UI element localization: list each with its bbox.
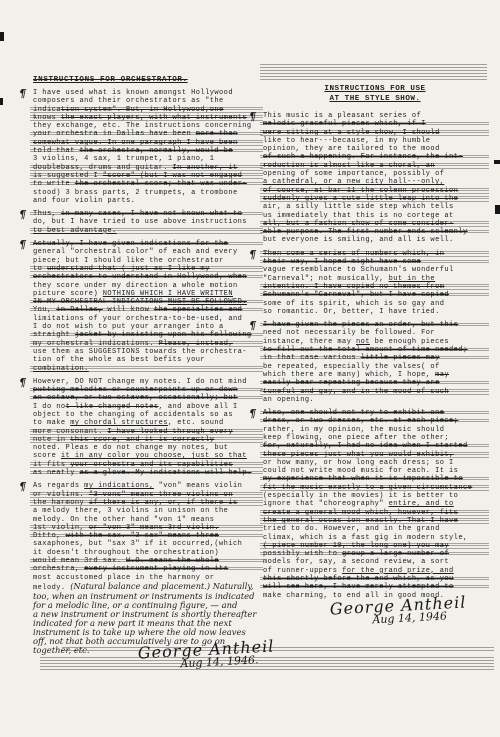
text-segment: and four violin parts. bbox=[33, 197, 135, 205]
text-segment: ignore that "choreography" bbox=[263, 500, 389, 508]
text-segment: your orchestra in Dallas have been bbox=[33, 130, 196, 138]
text-segment: more than bbox=[196, 130, 238, 138]
text-segment: W.O. means the whole bbox=[126, 557, 219, 565]
text-segment: in that case various bbox=[263, 354, 361, 362]
text-line: they score under my direction a whole mo… bbox=[33, 282, 261, 290]
text-line: or violins. "3 vons" means three violins… bbox=[33, 491, 261, 499]
text-segment: note in bbox=[33, 436, 70, 444]
text-line: This music is a pleasant series of bbox=[263, 112, 487, 120]
text-segment: group a large number of bbox=[342, 550, 449, 558]
text-segment: putting melodies or counterpoints up or … bbox=[33, 386, 238, 394]
text-line: or how many, or how long each dress; so … bbox=[263, 459, 487, 467]
text-segment: , etc. sound bbox=[168, 419, 224, 427]
text-segment: understand that ( just as I like my bbox=[47, 265, 210, 273]
paragraph: ¶Also, one should not try to exhibit one… bbox=[263, 409, 487, 600]
text-segment: the harmony bbox=[33, 499, 89, 507]
text-line: were sitting at a style show, I should bbox=[263, 129, 487, 137]
text-line: your orchestra in Dallas have been more … bbox=[33, 130, 261, 138]
text-segment: intention. I have copied no themes from bbox=[263, 283, 444, 291]
text-line: so romantic. Or, better, I have tried. bbox=[263, 308, 487, 316]
text-segment: the exact players, with what instruments bbox=[61, 114, 247, 122]
text-segment: tried to do. However, and in the grand bbox=[263, 525, 440, 533]
text-segment: little pieces may bbox=[361, 354, 440, 362]
text-segment: in many cases, I have not known what to bbox=[61, 210, 242, 218]
text-line: Thus, in many cases, I have not known wh… bbox=[33, 210, 261, 218]
text-line: "Carneval"; not musically, but in the bbox=[263, 275, 487, 283]
text-segment: my experience that when it is impossible… bbox=[263, 475, 463, 483]
scan-artifact bbox=[495, 205, 500, 214]
text-segment: I do no bbox=[33, 403, 66, 411]
text-line: instance, there may not be enough pieces bbox=[263, 338, 487, 346]
text-segment: some of its spirit, which is so gay and bbox=[263, 300, 444, 308]
text-line: models for, say, a second review, a sort bbox=[263, 558, 487, 566]
text-line: 3 violins, 4 sax, 1 trumpet, 1 piano, 1 bbox=[33, 155, 261, 163]
text-segment: be enough pieces bbox=[370, 338, 449, 346]
text-segment: the orchestra, normally, would be bbox=[80, 147, 233, 155]
text-line: opening of some importance, possibly of bbox=[263, 170, 487, 178]
text-line: general "orchestral color" of each and e… bbox=[33, 248, 261, 256]
text-line: fit the music exactly to a given circums… bbox=[263, 484, 487, 492]
text-line: IN MY ORCHESTRAL INDICATIONS MUST BE FOL… bbox=[33, 298, 261, 306]
text-line: 1st violin, or "von 3" means 3rd violin. bbox=[33, 524, 261, 532]
text-line: Also, one should not try to exhibit one bbox=[263, 409, 487, 417]
text-segment: to make bbox=[33, 419, 70, 427]
text-segment: indica bbox=[33, 106, 61, 114]
strikeout-rule-band bbox=[260, 64, 487, 81]
text-segment: or "von 3" means 3rd violin. bbox=[89, 524, 219, 532]
text-segment: it doesn't throughout the orchestration) bbox=[33, 549, 219, 557]
left-column-paragraphs: ¶I have used what is known amongst Holly… bbox=[33, 89, 261, 655]
text-segment: straight bbox=[33, 331, 75, 339]
text-segment: create a general mood which, however, fi… bbox=[263, 509, 458, 517]
text-line: of runner-uppers for the grand prize, an… bbox=[263, 567, 487, 575]
text-line: be repeated, especially the valses( of bbox=[263, 363, 487, 371]
text-segment: suddenly gives a cute little leap into t… bbox=[263, 195, 458, 203]
text-line: somewhat vague. In one paragraph I have … bbox=[33, 139, 261, 147]
text-segment: saxaphones, but "sax 3" if it occurred,(… bbox=[33, 540, 242, 548]
paragraph: ¶I have given the pieces an order, but t… bbox=[263, 321, 487, 404]
scan-artifact bbox=[494, 160, 500, 164]
text-segment: combination. bbox=[33, 365, 89, 373]
text-line: melodic graceful pieces which, if I bbox=[263, 120, 487, 128]
text-line: I do not wish to put your arranger into … bbox=[33, 323, 261, 331]
text-segment: more consonant. bbox=[33, 428, 107, 436]
text-segment: it in any color you choose, just so that bbox=[61, 452, 247, 460]
text-line: a melody there, 3 violins in unison on t… bbox=[33, 507, 261, 515]
paragraph-mark-icon: ¶ bbox=[19, 238, 26, 251]
text-line: use them as SUGGESTIONS towards the orch… bbox=[33, 348, 261, 356]
text-segment: may bbox=[435, 371, 449, 379]
right-column-heading: INSTRUCTIONS FOR USE AT THE STYLE SHOW. bbox=[263, 85, 487, 104]
text-line: in that case various little pieces may bbox=[263, 354, 487, 362]
text-line: to fill out the total amount of time nee… bbox=[263, 346, 487, 354]
text-line: Actually, I have given indications for t… bbox=[33, 240, 261, 248]
paragraph-mark-icon: ¶ bbox=[19, 87, 26, 100]
text-segment: need not necessarily be followed. For bbox=[263, 329, 435, 337]
text-segment: Actually, I have given indications for t… bbox=[33, 240, 228, 248]
text-segment: the general occas ion exactly. That I ha… bbox=[263, 517, 458, 525]
text-segment: opening of some importance, possibly of bbox=[263, 170, 444, 178]
text-segment: fit the music exactly to a given circums… bbox=[263, 484, 472, 492]
right-heading-line-1: INSTRUCTIONS FOR USE bbox=[324, 85, 425, 93]
text-segment: 3 violins, 4 sax, 1 trumpet, 1 piano, 1 bbox=[33, 155, 214, 163]
text-segment: the specialties and bbox=[154, 306, 242, 314]
text-segment: "Carneval"; not musically, bbox=[263, 275, 389, 283]
text-segment: You, bbox=[33, 306, 56, 314]
text-segment: MUST BE FOLLOWED. bbox=[168, 298, 247, 306]
text-segment: an octave, or two octaves, occasionally;… bbox=[33, 394, 238, 402]
text-line: these pieces just what you would exhibit… bbox=[263, 451, 487, 459]
text-segment: would mean 3rd sax. bbox=[33, 557, 126, 565]
text-line: knows the exact players, with what instr… bbox=[33, 114, 261, 122]
paragraph: ¶Actually, I have given indications for … bbox=[33, 240, 261, 373]
text-line: indication system". But, in Hollywood,on… bbox=[33, 106, 261, 114]
text-line: However, DO NOT change my notes. I do no… bbox=[33, 378, 261, 386]
text-segment: this shortly before the end which, as yo… bbox=[263, 575, 454, 583]
text-segment: picture score) bbox=[33, 290, 103, 298]
text-line: do, but I have tried to use above instru… bbox=[33, 218, 261, 226]
text-line: which there are many) which, I hope, may bbox=[263, 371, 487, 379]
text-line: limitations of your orchestra-to-be-used… bbox=[33, 315, 261, 323]
text-line: You, in Dallas, will know the specialtie… bbox=[33, 306, 261, 314]
text-segment: this score, and it is correctly bbox=[70, 436, 214, 444]
text-line: able purpose. The first number ends sole… bbox=[263, 228, 487, 236]
text-segment: of course, at bar 11 the solemn processi… bbox=[263, 187, 458, 195]
text-line: will see here, I have merely attempted t… bbox=[263, 583, 487, 591]
text-line: stood) 3 brass parts, 2 trumpets, a trom… bbox=[33, 189, 261, 197]
text-line: an opening. bbox=[263, 396, 487, 404]
text-segment: like to hear---because, in my humble bbox=[263, 137, 430, 145]
text-segment: entire, and to bbox=[389, 500, 454, 508]
text-line: need not necessarily be followed. For bbox=[263, 329, 487, 337]
text-segment: "score" (but I was not engaged bbox=[103, 172, 243, 180]
text-segment: every instrument playing in its bbox=[84, 565, 228, 573]
text-segment: as a glove. My indications will help. bbox=[80, 469, 252, 477]
text-segment: to write bbox=[33, 180, 75, 188]
text-segment: to bbox=[33, 265, 47, 273]
text-segment: or violins. bbox=[33, 491, 89, 499]
text-line: create a general mood which, however, fi… bbox=[263, 509, 487, 517]
text-segment: composers and their orchestrators as "th… bbox=[33, 97, 224, 105]
text-segment: opinion, they are tailored to the mood bbox=[263, 145, 440, 153]
text-segment: In another, it bbox=[173, 164, 238, 172]
text-segment: my orchestral indications. bbox=[33, 340, 159, 348]
text-segment: doublebass, drums and guitar. bbox=[33, 164, 173, 172]
text-line: opinion, they are tailored to the mood bbox=[263, 145, 487, 153]
text-segment: This music is a pleasant series of bbox=[263, 112, 421, 120]
text-line: like to hear---because, in my humble bbox=[263, 137, 487, 145]
text-segment: for, naturally, I had no idea when I sta… bbox=[263, 442, 468, 450]
scanned-document-page: INSTRUCTIONS FOR ORCHESTRATOR. ¶I have u… bbox=[0, 0, 500, 737]
right-column-paragraphs: ¶This music is a pleasant series ofmelod… bbox=[263, 112, 487, 600]
text-line: more consonant. I have looked through ev… bbox=[33, 428, 261, 436]
text-segment: air, a silly little side step which tell… bbox=[263, 203, 454, 211]
text-segment: Please, instead, bbox=[159, 340, 233, 348]
text-line: us immediately that this is no cortege a… bbox=[263, 212, 487, 220]
text-segment: 1st violin, bbox=[33, 524, 89, 532]
text-line: saxaphones, but "sax 3" if it occurred,(… bbox=[33, 540, 261, 548]
text-segment: the orchestral score; that was under- bbox=[75, 180, 247, 188]
text-segment: to fill out the total amount of time nee… bbox=[263, 346, 468, 354]
text-segment: not bbox=[356, 338, 370, 346]
text-segment: Thus, bbox=[33, 210, 61, 218]
text-segment: noted. Pleas e do not change my notes, b… bbox=[33, 444, 228, 452]
text-line: picture score) NOTHING WHICH I HAVE WRIT… bbox=[33, 290, 261, 298]
text-line: keep flowing, one piece after the other; bbox=[263, 434, 487, 442]
text-segment: limitations of your orchestra-to-be-used… bbox=[33, 315, 242, 323]
text-segment: somewhat vague. In one paragraph I have … bbox=[33, 139, 238, 147]
text-segment: IN MY ORCHESTRAL INDICATIONS bbox=[33, 298, 168, 306]
text-line: object to the changing of accidentals so… bbox=[33, 411, 261, 419]
signature-left: George Antheil Aug 14, 1946. bbox=[137, 636, 275, 672]
text-line: climax, which is a fast gig in modern st… bbox=[263, 534, 487, 542]
text-segment: I do not wish to put your arranger into … bbox=[33, 323, 224, 331]
text-line: all, but a fashion show of some consider… bbox=[263, 220, 487, 228]
text-line: for, naturally, I had no idea when I sta… bbox=[263, 442, 487, 450]
text-line: this shortly before the end which, as yo… bbox=[263, 575, 487, 583]
text-segment: However, DO NOT change my notes. I do no… bbox=[33, 378, 247, 386]
text-segment: of runner-uppers bbox=[263, 567, 342, 575]
text-segment: melodic graceful pieces which, if I bbox=[263, 120, 426, 128]
text-line: is suggested I "score" (but I was not en… bbox=[33, 172, 261, 180]
text-segment: orchestra, bbox=[33, 565, 84, 573]
text-line: suddenly gives a cute little leap into t… bbox=[263, 195, 487, 203]
text-segment: so romantic. Or, better, I have tried. bbox=[263, 308, 440, 316]
text-segment: do, but I have tried to use above instru… bbox=[33, 218, 247, 226]
text-line: ( piece number 10, the long one) you may bbox=[263, 542, 487, 550]
text-line: a cathedral, or a new city hall---only, bbox=[263, 178, 487, 186]
text-segment: tuneful and gay, and in the mood of such bbox=[263, 388, 449, 396]
text-line: composers and their orchestrators as "th… bbox=[33, 97, 261, 105]
text-segment: models for, say, a second review, a sort bbox=[263, 558, 449, 566]
text-line: I have used what is known amongst Hollyw… bbox=[33, 89, 261, 97]
text-line: they exchange, etc. The instructions con… bbox=[33, 122, 261, 130]
text-segment: all, but a fashion show of some consider… bbox=[263, 220, 454, 228]
text-segment: us immediately that this is no cortege a… bbox=[263, 212, 454, 220]
text-segment: these pieces just what you would exhibit… bbox=[263, 451, 454, 459]
text-line: straight jacket by insisting upon his fo… bbox=[33, 331, 261, 339]
text-line: orchestrators to understand in Hollywood… bbox=[33, 273, 261, 281]
text-line: (especially in the movies) it is better … bbox=[263, 492, 487, 500]
text-segment: t like changed notes bbox=[66, 403, 159, 411]
paragraph-mark-icon: ¶ bbox=[249, 248, 256, 261]
text-segment: orchestrators to understand in Hollywood… bbox=[33, 273, 247, 281]
text-segment: Ditto, bbox=[33, 532, 66, 540]
text-line: As regards my indications, "von" means v… bbox=[33, 482, 261, 490]
text-segment: will see here, I have merely attempted t… bbox=[263, 583, 454, 591]
text-line: noted. Pleas e do not change my notes, b… bbox=[33, 444, 261, 452]
text-line: roduction is almost like a choral, an bbox=[263, 162, 487, 170]
text-segment: my indications, bbox=[84, 482, 154, 490]
text-line: air, a silly little side step which tell… bbox=[263, 203, 487, 211]
text-line: piece; but I should like the orchestrato… bbox=[33, 257, 261, 265]
paragraph-mark-icon: ¶ bbox=[249, 407, 256, 420]
text-line: note in this score, and it is correctly bbox=[33, 436, 261, 444]
text-line: intention. I have copied no themes from bbox=[263, 283, 487, 291]
left-column: INSTRUCTIONS FOR ORCHESTRATOR. ¶I have u… bbox=[33, 68, 261, 660]
text-line: Ditto, with the sax. "3 sax" means three bbox=[33, 532, 261, 540]
text-segment: I have looked through every bbox=[107, 428, 233, 436]
text-segment: dress, or two dresses, etc. at each piec… bbox=[263, 417, 458, 425]
text-segment: (especially in the movies) it is better … bbox=[263, 492, 458, 500]
text-line: would mean 3rd sax. W.O. means the whole bbox=[33, 557, 261, 565]
text-line: as neatly as a glove. My indications wil… bbox=[33, 469, 261, 477]
paragraph: ¶I have used what is known amongst Holly… bbox=[33, 89, 261, 205]
text-line: told that the orchestra, normally, would… bbox=[33, 147, 261, 155]
text-line: tried to do. However, and in the grand bbox=[263, 525, 487, 533]
text-segment: a melody there, 3 violins in unison on t… bbox=[33, 507, 228, 515]
text-line: vague resemblance to Schumann's wonderfu… bbox=[263, 266, 487, 274]
text-segment: knows bbox=[33, 114, 61, 122]
text-line: doublebass, drums and guitar. In another… bbox=[33, 164, 261, 172]
scan-artifact bbox=[0, 32, 4, 41]
text-line: score it in any color you choose, just s… bbox=[33, 452, 261, 460]
text-segment: were sitting at a style show, I should bbox=[263, 129, 440, 137]
text-segment: will know bbox=[103, 306, 154, 314]
text-line: an octave, or two octaves, occasionally;… bbox=[33, 394, 261, 402]
text-segment: I have used what is known amongst Hollyw… bbox=[33, 89, 233, 97]
text-line: some of its spirit, which is so gay and bbox=[263, 300, 487, 308]
signature-right: George Antheil Aug 14, 1946 bbox=[329, 592, 467, 628]
text-segment: general "orchestral color" of each and e… bbox=[33, 248, 238, 256]
right-column: INSTRUCTIONS FOR USE AT THE STYLE SHOW. … bbox=[263, 40, 487, 605]
text-segment: Also, one should not try to exhibit one bbox=[263, 409, 444, 417]
text-segment: (Natural balance and placement.) Natural… bbox=[70, 581, 253, 591]
text-segment: but everyone is smiling, and all is well… bbox=[263, 236, 454, 244]
text-line: it fits your orchestra and its capabilit… bbox=[33, 461, 261, 469]
right-heading-line-2: AT THE STYLE SHOW. bbox=[329, 95, 420, 103]
text-segment: could not write mood music for each. It … bbox=[263, 467, 458, 475]
text-segment: As regards bbox=[33, 482, 84, 490]
text-segment: , and above all I bbox=[159, 403, 238, 411]
text-segment: instance, there may bbox=[263, 338, 356, 346]
text-segment: my chordal structures bbox=[70, 419, 168, 427]
text-line: to write the orchestral score; that was … bbox=[33, 180, 261, 188]
text-line: orchestra, every instrument playing in i… bbox=[33, 565, 261, 573]
text-segment: your orchestra and its capabilities bbox=[70, 461, 233, 469]
text-segment: as neatly bbox=[33, 469, 80, 477]
text-segment: they score under my direction a whole mo… bbox=[33, 282, 238, 290]
text-segment: together, etc. bbox=[33, 645, 90, 655]
paragraph: ¶Thus, in many cases, I have not known w… bbox=[33, 210, 261, 235]
text-line: to understand that ( just as I like my bbox=[33, 265, 261, 273]
text-segment: told that bbox=[33, 147, 80, 155]
paragraph-mark-icon: ¶ bbox=[249, 110, 256, 123]
text-segment: tion system". But, in Hollywood,one bbox=[61, 106, 224, 114]
text-segment: score bbox=[33, 452, 61, 460]
text-segment: roduction is almost like a choral, an bbox=[263, 162, 435, 170]
scan-artifact bbox=[0, 98, 3, 105]
text-segment: their way, I hoped might have some bbox=[263, 258, 421, 266]
text-segment: Schumann's "Carneval", but I have copied bbox=[263, 291, 449, 299]
text-line: the harmony if there is any, or, if ther… bbox=[33, 499, 261, 507]
text-line: Schumann's "Carneval", but I have copied bbox=[263, 291, 487, 299]
text-segment: they exchange, etc. The instructions con… bbox=[33, 122, 252, 130]
text-segment: to best advantage. bbox=[33, 227, 117, 235]
text-line: my experience that when it is impossible… bbox=[263, 475, 487, 483]
text-line: their way, I hoped might have some bbox=[263, 258, 487, 266]
text-segment: melody. On the other hand "von 1" means bbox=[33, 516, 214, 524]
text-line: to best advantage. bbox=[33, 227, 261, 235]
text-segment: possibly wish to bbox=[263, 550, 342, 558]
text-segment: jacket by insisting upon his following bbox=[75, 331, 252, 339]
text-segment: be repeated, especially the valses( of bbox=[263, 363, 440, 371]
text-segment: use them as SUGGESTIONS towards the orch… bbox=[33, 348, 247, 356]
text-segment: tion of the whole as best befits your bbox=[33, 356, 205, 364]
text-segment: keep flowing, one piece after the other; bbox=[263, 434, 449, 442]
text-segment: in Dallas, bbox=[56, 306, 103, 314]
text-segment: with the sax. "3 sax" means three bbox=[66, 532, 219, 540]
text-line: putting melodies or counterpoints up or … bbox=[33, 386, 261, 394]
text-line: and four violin parts. bbox=[33, 197, 261, 205]
text-segment: is suggested I bbox=[33, 172, 103, 180]
text-line: easily bear repeating because they are bbox=[263, 379, 487, 387]
text-line: to make my chordal structures, etc. soun… bbox=[33, 419, 261, 427]
text-line: ignore that "choreography" entire, and t… bbox=[263, 500, 487, 508]
text-line: I have given the pieces an order, but th… bbox=[263, 321, 487, 329]
text-segment: if there is any, or, if there is bbox=[89, 499, 238, 507]
paragraph: ¶However, DO NOT change my notes. I do n… bbox=[33, 378, 261, 478]
text-line: combination. bbox=[33, 365, 261, 373]
text-segment: a cathedral, or a new city hall---only, bbox=[263, 178, 444, 186]
text-segment: ( piece number 10, the long one) you may bbox=[263, 542, 449, 550]
text-line: could not write mood music for each. It … bbox=[263, 467, 487, 475]
text-line: tion of the whole as best befits your bbox=[33, 356, 261, 364]
text-segment: rather, in my opinion, the music should bbox=[263, 426, 444, 434]
text-segment: NOTHING WHICH I HAVE WRITTEN bbox=[103, 290, 233, 298]
paragraph-mark-icon: ¶ bbox=[19, 480, 26, 493]
text-segment: able purpose. The first number ends sole… bbox=[263, 228, 468, 236]
text-segment: of such a happening. For instance, the i… bbox=[263, 153, 463, 161]
paragraph-mark-icon: ¶ bbox=[19, 376, 26, 389]
text-line: rather, in my opinion, the music should bbox=[263, 426, 487, 434]
paragraph-mark-icon: ¶ bbox=[249, 319, 256, 332]
text-segment: which there are many) which, I hope, bbox=[263, 371, 435, 379]
text-line: tuneful and gay, and in the mood of such bbox=[263, 388, 487, 396]
text-line: dress, or two dresses, etc. at each piec… bbox=[263, 417, 487, 425]
text-segment: or how many, or how long each dress; so … bbox=[263, 459, 454, 467]
paragraph-mark-icon: ¶ bbox=[19, 208, 26, 221]
text-segment: vague resemblance to Schumann's wonderfu… bbox=[263, 266, 454, 274]
text-line: Then come a series of numbers which, in bbox=[263, 250, 487, 258]
text-line: but everyone is smiling, and all is well… bbox=[263, 236, 487, 244]
text-segment: climax, which is a fast gig in modern st… bbox=[263, 534, 468, 542]
text-segment: object to the changing of accidentals so… bbox=[33, 411, 233, 419]
text-line: my orchestral indications. Please, inste… bbox=[33, 340, 261, 348]
text-segment: it fits bbox=[33, 461, 70, 469]
text-line: of such a happening. For instance, the i… bbox=[263, 153, 487, 161]
text-line: possibly wish to group a large number of bbox=[263, 550, 487, 558]
text-segment: stood) 3 brass parts, 2 trumpets, a trom… bbox=[33, 189, 238, 197]
text-segment: "von" means violin bbox=[154, 482, 242, 490]
text-segment: Then come a series of numbers which, in bbox=[263, 250, 444, 258]
text-segment: piece; but I should like the orchestrato… bbox=[33, 257, 224, 265]
paragraph: ¶This music is a pleasant series ofmelod… bbox=[263, 112, 487, 245]
text-segment: "3 vons" means three violins on bbox=[89, 491, 233, 499]
text-line: of course, at bar 11 the solemn processi… bbox=[263, 187, 487, 195]
text-line: the general occas ion exactly. That I ha… bbox=[263, 517, 487, 525]
text-line: melody. On the other hand "von 1" means bbox=[33, 516, 261, 524]
text-segment: for the grand prize, and bbox=[342, 567, 454, 575]
text-line: it doesn't throughout the orchestration) bbox=[33, 549, 261, 557]
text-line: I do not like changed notes, and above a… bbox=[33, 403, 261, 411]
paragraph: ¶Then come a series of numbers which, in… bbox=[263, 250, 487, 316]
text-segment: but in the bbox=[389, 275, 436, 283]
text-segment: easily bear repeating because they are bbox=[263, 379, 440, 387]
paragraph: ¶As regards my indications, "von" means … bbox=[33, 482, 261, 655]
text-segment: I have given the pieces an order, but th… bbox=[263, 321, 458, 329]
text-segment: an opening. bbox=[263, 396, 314, 404]
